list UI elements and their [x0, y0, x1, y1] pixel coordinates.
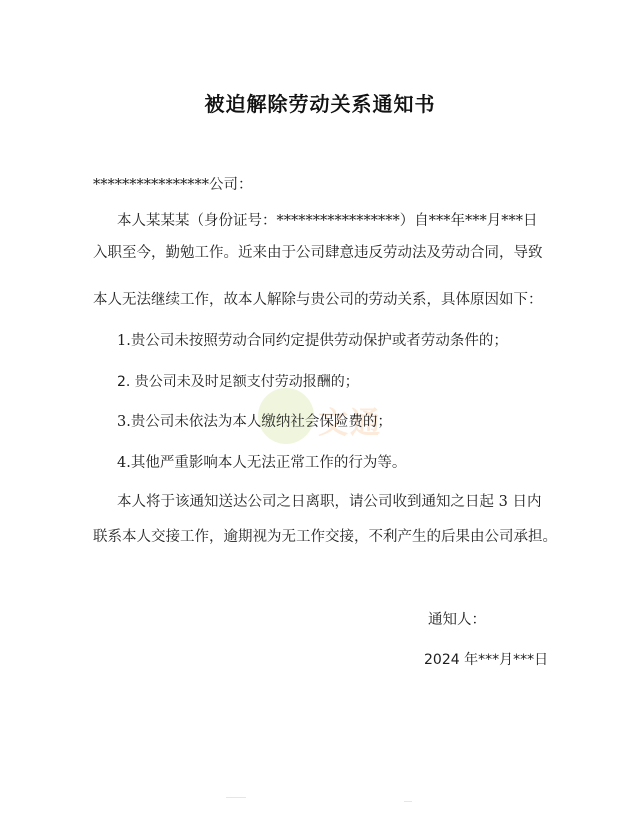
- salutation: ****************公司：: [93, 175, 253, 195]
- paragraph-2-line-2: 联系本人交接工作，逾期视为无工作交接，不利产生的后果由公司承担。: [93, 527, 557, 547]
- scan-artifact: [404, 801, 412, 802]
- reason-item-1: 1.贵公司未按照劳动合同约定提供劳动保护或者劳动条件的；: [117, 331, 508, 351]
- document-title: 被迫解除劳动关系通知书: [0, 88, 640, 117]
- paragraph-1-line-3: 本人无法继续工作，故本人解除与贵公司的劳动关系，具体原因如下：: [93, 290, 543, 310]
- document-page: 文通 被迫解除劳动关系通知书 ****************公司： 本人某某某…: [0, 0, 640, 828]
- signature-date: 2024 年***月***日: [424, 650, 548, 670]
- reason-item-4: 4.其他严重影响本人无法正常工作的行为等。: [117, 453, 406, 473]
- reason-item-2: 2. 贵公司未及时足额支付劳动报酬的；: [117, 372, 359, 392]
- reason-item-3: 3.贵公司未依法为本人缴纳社会保险费的；: [117, 412, 392, 432]
- signer-label: 通知人：: [428, 610, 486, 630]
- paragraph-2-line-1: 本人将于该通知送达公司之日离职，请公司收到通知之日起 3 日内: [117, 492, 541, 512]
- paragraph-1-line-2: 入职至今，勤勉工作。近来由于公司肆意违反劳动法及劳动合同，导致: [93, 243, 543, 263]
- paragraph-1-line-1: 本人某某某（身份证号：*****************）自***年***月**…: [117, 211, 538, 231]
- scan-artifact: [226, 797, 246, 798]
